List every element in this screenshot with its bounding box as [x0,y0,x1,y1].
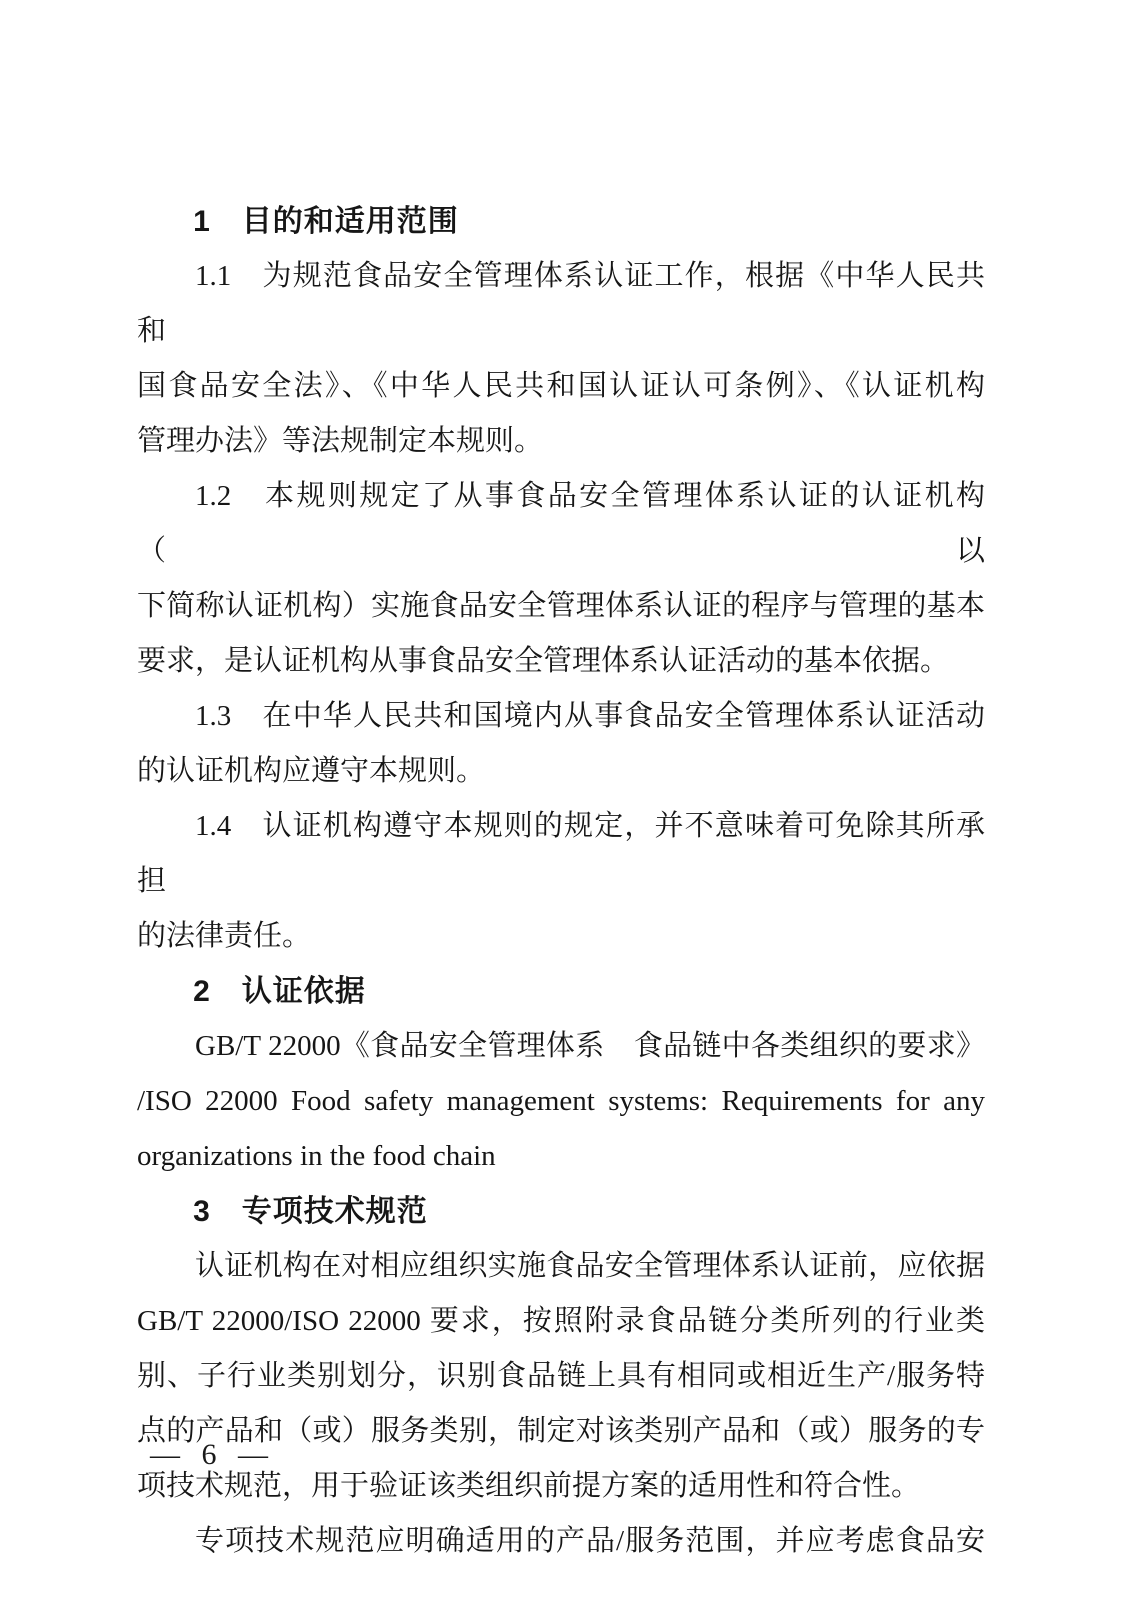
heading-section-2: 2 认证依据 [137,964,985,1019]
heading-section-1: 1 目的和适用范围 [137,194,985,249]
para-1-2-line-3: 要求，是认证机构从事食品安全管理体系认证活动的基本依据。 [137,634,985,689]
para-1-1: 1.1 为规范食品安全管理体系认证工作，根据《中华人民共和 国食品安全法》、《中… [137,249,985,469]
para-1-3-line-2: 的认证机构应遵守本规则。 [137,744,985,799]
para-spec-scope: 专项技术规范应明确适用的产品/服务范围，并应考虑食品安 [137,1514,985,1569]
para-1-4-line-2: 的法律责任。 [137,909,985,964]
para-1-1-line-3: 管理办法》等法规制定本规则。 [137,414,985,469]
para-spec-line-3: 别、子行业类别划分，识别食品链上具有相同或相近生产/服务特 [137,1349,985,1404]
para-spec-line-1: 认证机构在对相应组织实施食品安全管理体系认证前，应依据 [137,1239,985,1294]
para-1-1-line-2: 国食品安全法》、《中华人民共和国认证认可条例》、《认证机构 [137,359,985,414]
para-1-4-line-1: 1.4 认证机构遵守本规则的规定，并不意味着可免除其所承担 [137,799,985,909]
para-1-3-line-1: 1.3 在中华人民共和国境内从事食品安全管理体系认证活动 [137,689,985,744]
document-page: 1 目的和适用范围 1.1 为规范食品安全管理体系认证工作，根据《中华人民共和 … [0,0,1131,1600]
para-basis-line-1: GB/T 22000《食品安全管理体系 食品链中各类组织的要求》 [137,1019,985,1074]
para-spec-line-2: GB/T 22000/ISO 22000 要求，按照附录食品链分类所列的行业类 [137,1294,985,1349]
para-1-2-line-1: 1.2 本规则规定了从事食品安全管理体系认证的认证机构（以 [137,469,985,579]
para-basis-line-2: /ISO 22000 Food safety management system… [137,1074,985,1129]
para-1-4: 1.4 认证机构遵守本规则的规定，并不意味着可免除其所承担 的法律责任。 [137,799,985,964]
page-number: — 6 — [150,1427,268,1482]
para-certification-basis: GB/T 22000《食品安全管理体系 食品链中各类组织的要求》 /ISO 22… [137,1019,985,1184]
para-1-1-line-1: 1.1 为规范食品安全管理体系认证工作，根据《中华人民共和 [137,249,985,359]
para-scope-line-1: 专项技术规范应明确适用的产品/服务范围，并应考虑食品安 [137,1514,985,1569]
para-basis-line-3: organizations in the food chain [137,1129,985,1184]
para-1-2: 1.2 本规则规定了从事食品安全管理体系认证的认证机构（以 下简称认证机构）实施… [137,469,985,689]
heading-section-3: 3 专项技术规范 [137,1184,985,1239]
para-1-2-line-2: 下简称认证机构）实施食品安全管理体系认证的程序与管理的基本 [137,579,985,634]
page-body: 1 目的和适用范围 1.1 为规范食品安全管理体系认证工作，根据《中华人民共和 … [137,194,985,1569]
para-1-3: 1.3 在中华人民共和国境内从事食品安全管理体系认证活动 的认证机构应遵守本规则… [137,689,985,799]
